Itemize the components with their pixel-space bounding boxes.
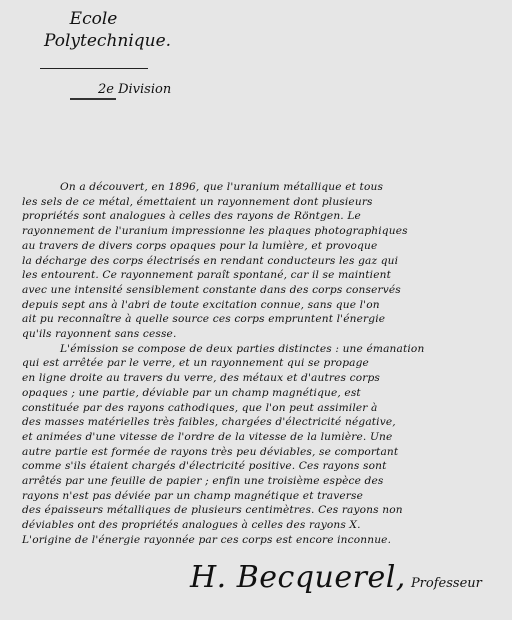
signature-title: Professeur	[411, 576, 482, 591]
text-line: rayonnement de l'uranium impressionne le…	[22, 224, 502, 239]
text-line: déviables ont des propriétés analogues à…	[22, 518, 502, 533]
text-line: qui est arrêtée par le verre, et un rayo…	[22, 356, 502, 371]
text-line: depuis sept ans à l'abri de toute excita…	[22, 298, 502, 313]
manuscript-body: On a découvert, en 1896, que l'uranium m…	[22, 180, 502, 548]
paragraph-2: L'émission se compose de deux parties di…	[22, 342, 502, 548]
text-line: arrêtés par une feuille de papier ; enfi…	[22, 474, 502, 489]
text-line: ait pu reconnaître à quelle source ces c…	[22, 312, 502, 327]
text-line: autre partie est formée de rayons très p…	[22, 445, 502, 460]
division-underline	[70, 98, 116, 100]
paragraph-1: On a découvert, en 1896, que l'uranium m…	[22, 180, 502, 342]
school-header: Ecole Polytechnique.	[40, 8, 155, 52]
text-line: les entourent. Ce rayonnement paraît spo…	[22, 268, 502, 283]
text-line: comme s'ils étaient chargés d'électricit…	[22, 459, 502, 474]
text-line: L'émission se compose de deux parties di…	[22, 342, 502, 357]
division-label: 2e Division	[98, 82, 171, 97]
text-line: opaques ; une partie, déviable par un ch…	[22, 386, 502, 401]
text-line: rayons n'est pas déviée par un champ mag…	[22, 489, 502, 504]
signature-name: H. Becquerel,	[190, 560, 406, 595]
text-line: en ligne droite au travers du verre, des…	[22, 371, 502, 386]
text-line: les sels de ce métal, émettaient un rayo…	[22, 195, 502, 210]
text-line: et animées d'une vitesse de l'ordre de l…	[22, 430, 502, 445]
school-name-line2: Polytechnique.	[44, 30, 155, 52]
text-line: propriétés sont analogues à celles des r…	[22, 209, 502, 224]
school-name-line1: Ecole	[32, 8, 155, 30]
text-line: qu'ils rayonnent sans cesse.	[22, 327, 502, 342]
text-line: au travers de divers corps opaques pour …	[22, 239, 502, 254]
text-line: L'origine de l'énergie rayonnée par ces …	[22, 533, 502, 548]
signature: H. Becquerel, Professeur	[190, 560, 482, 595]
text-line: avec une intensité sensiblement constant…	[22, 283, 502, 298]
text-line: On a découvert, en 1896, que l'uranium m…	[22, 180, 502, 195]
text-line: des masses matérielles très faibles, cha…	[22, 415, 502, 430]
text-line: la décharge des corps électrisés en rend…	[22, 254, 502, 269]
header-divider	[40, 68, 148, 69]
text-line: des épaisseurs métalliques de plusieurs …	[22, 503, 502, 518]
text-line: constituée par des rayons cathodiques, q…	[22, 401, 502, 416]
